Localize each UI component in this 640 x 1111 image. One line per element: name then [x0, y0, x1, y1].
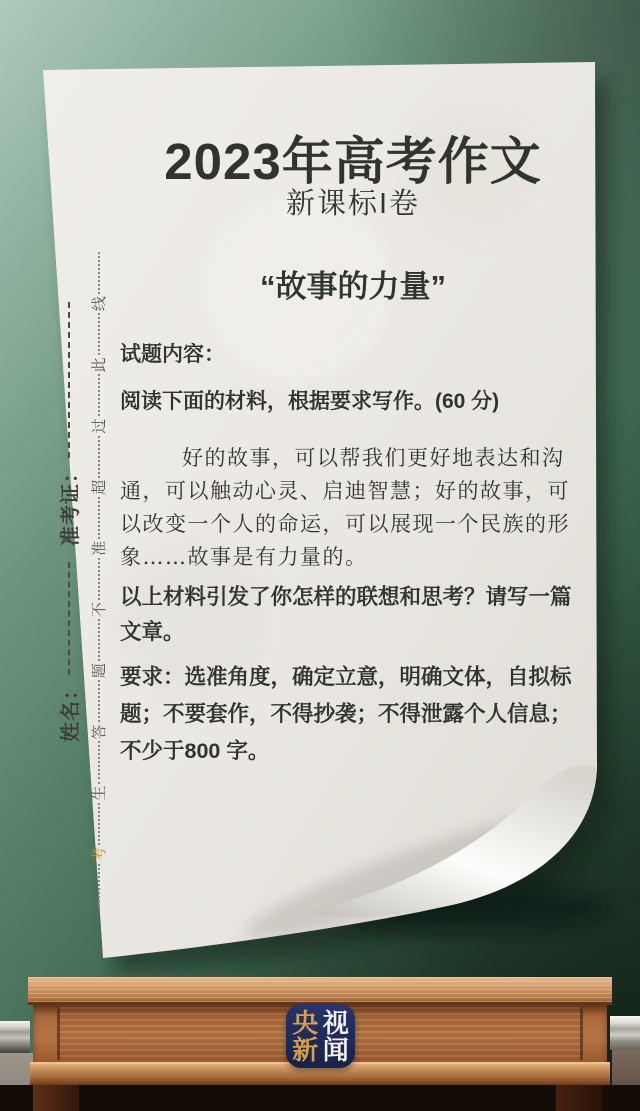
seal-dotted-segment — [98, 252, 100, 294]
seal-line-char: 过 — [88, 417, 109, 436]
seal-dotted-segment — [98, 436, 100, 478]
paper-subtitle: 新课标I卷 — [120, 181, 586, 222]
seal-dotted-segment — [98, 680, 100, 722]
seal-dotted-segment — [98, 803, 100, 845]
logo-char: 央 — [292, 1010, 318, 1036]
tray-top-surface — [28, 977, 612, 1005]
seal-boundary-line: 考生答题不准超过此线 — [88, 252, 108, 906]
name-field: 姓名： — [55, 554, 81, 742]
essay-title: “故事的力量” — [120, 261, 586, 306]
seal-dotted-segment — [98, 313, 100, 355]
name-label: 姓名： — [54, 679, 83, 742]
candidate-id-field: 准考证： — [55, 294, 81, 546]
candidate-id-blank-line — [68, 302, 70, 458]
seal-dotted-segment — [98, 619, 100, 661]
seal-line-char: 线 — [88, 294, 109, 313]
seal-dotted-segment — [98, 497, 100, 539]
instruction-line: 阅读下面的材料，根据要求写作。(60 分) — [120, 385, 586, 415]
candidate-id-label: 准考证： — [54, 462, 83, 546]
logo-char: 新 — [292, 1037, 318, 1063]
seal-line-char: 考 — [88, 845, 109, 864]
prompt-paragraph: 以上材料引发了你怎样的联想和思考？请写一篇文章。 — [120, 580, 586, 650]
section-label: 试题内容： — [120, 338, 586, 368]
desk-leg-left — [33, 1085, 79, 1111]
seal-dotted-segment — [98, 864, 100, 906]
exam-paper-content: 2023年高考作文 新课标I卷 “故事的力量” 试题内容： 阅读下面的材料，根据… — [0, 0, 640, 1111]
logo-char: 视 — [323, 1010, 349, 1036]
seal-line-char: 题 — [88, 661, 109, 680]
seal-line-char: 超 — [88, 478, 109, 497]
seal-dotted-segment — [98, 374, 100, 416]
requirements-paragraph: 要求：选准角度，确定立意，明确文体，自拟标题；不要套作，不得抄袭；不得泄露个人信… — [120, 659, 586, 770]
logo-char: 闻 — [323, 1037, 349, 1063]
seal-line-char: 此 — [88, 355, 109, 374]
name-blank-line — [68, 562, 70, 675]
desk-underside — [0, 1085, 640, 1111]
material-paragraph: 好的故事，可以帮我们更好地表达和沟通，可以触动心灵、启迪智慧；好的故事，可以改变… — [120, 442, 586, 574]
seal-dotted-segment — [98, 558, 100, 600]
desk-leg-right — [556, 1085, 602, 1111]
cctv-news-logo: 央视新闻 — [286, 1004, 355, 1068]
chalk-rail-right — [610, 1016, 640, 1050]
seal-line-char: 不 — [88, 600, 109, 619]
seal-line-char: 答 — [88, 722, 109, 741]
seal-dotted-segment — [98, 741, 100, 783]
seal-line-char: 准 — [88, 539, 109, 558]
chalk-rail-left — [0, 1021, 30, 1053]
seal-line-char: 生 — [88, 784, 109, 803]
